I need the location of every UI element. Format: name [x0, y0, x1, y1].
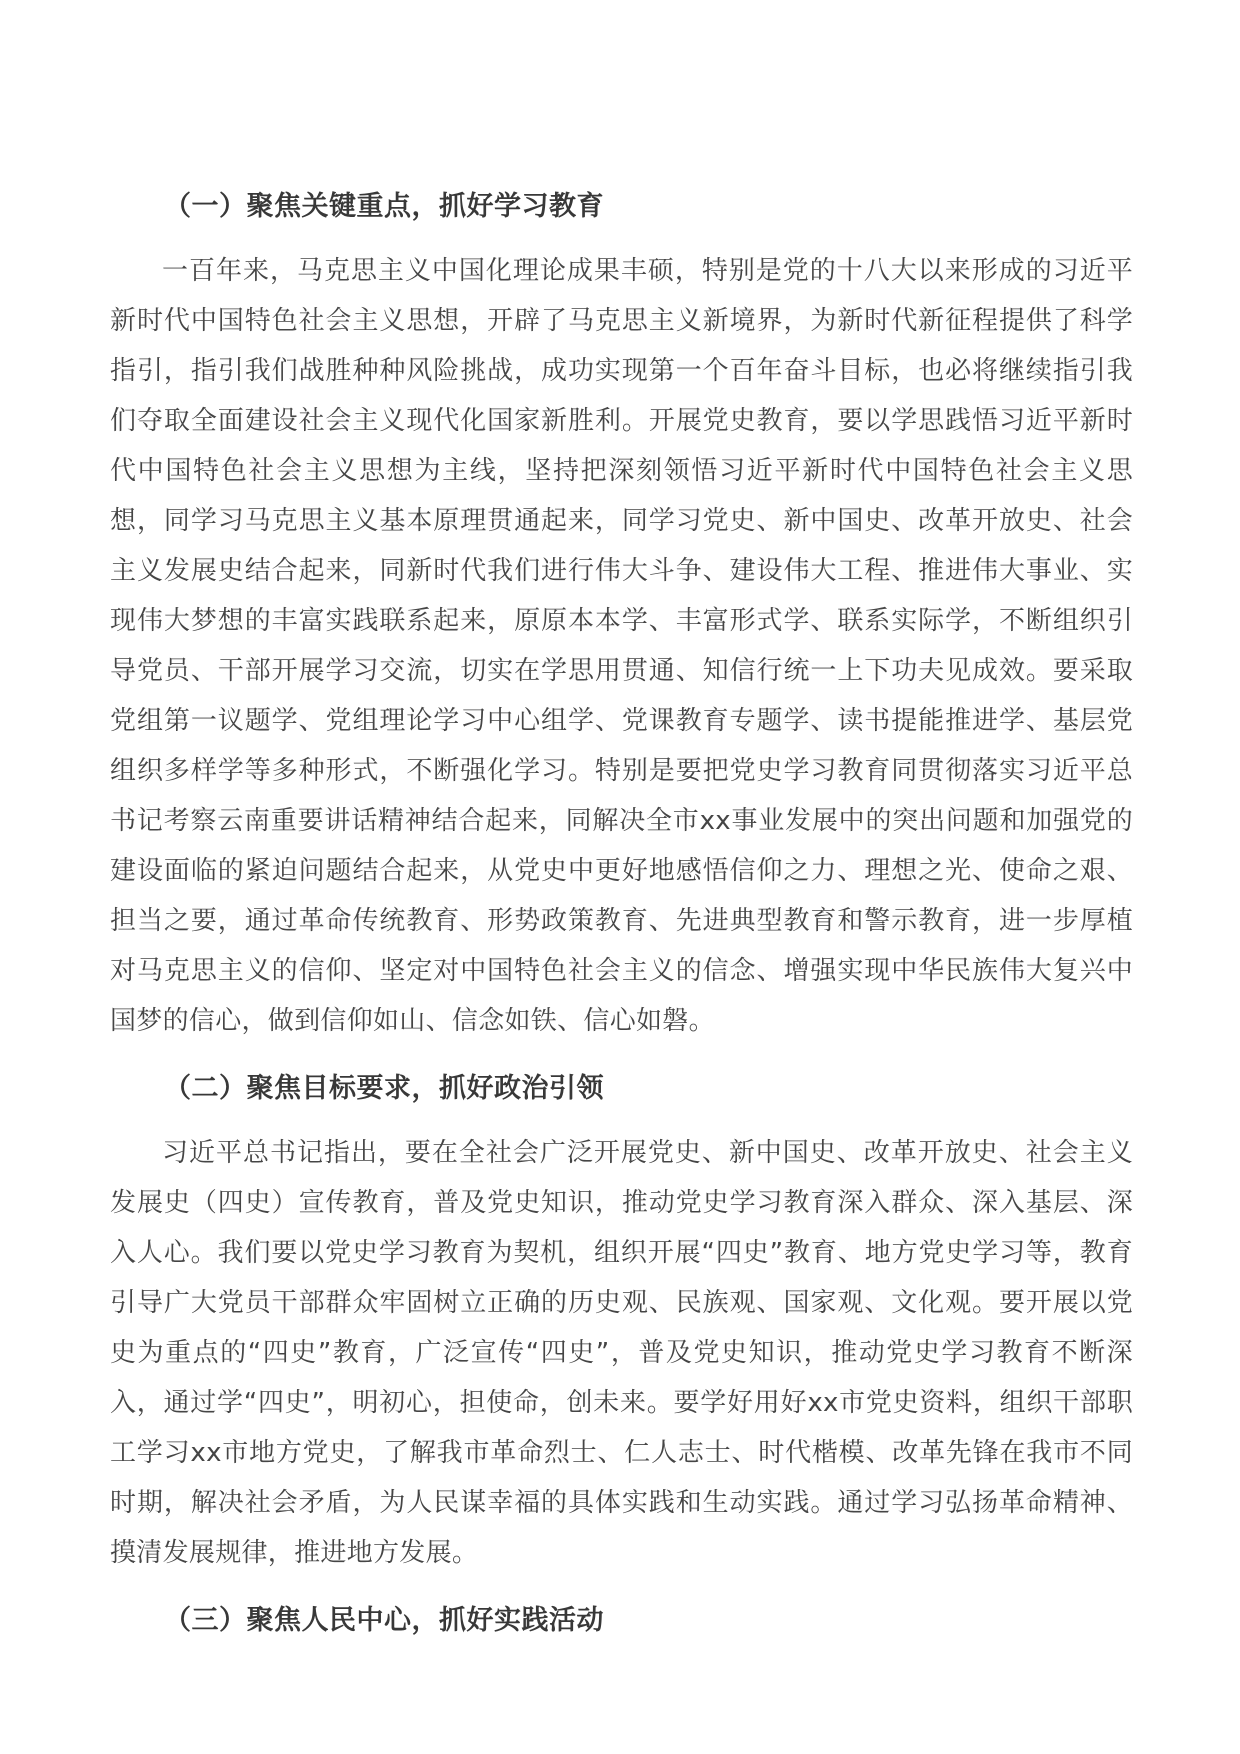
- section-heading-1: （一）聚焦关键重点，抓好学习教育: [110, 182, 1133, 232]
- section-heading-2: （二）聚焦目标要求，抓好政治引领: [110, 1064, 1133, 1114]
- section-1-paragraph: 一百年来，马克思主义中国化理论成果丰硕，特别是党的十八大以来形成的习近平新时代中…: [110, 246, 1133, 1046]
- document-page: （一）聚焦关键重点，抓好学习教育 一百年来，马克思主义中国化理论成果丰硕，特别是…: [0, 0, 1240, 1754]
- section-heading-3: （三）聚焦人民中心，抓好实践活动: [110, 1596, 1133, 1646]
- section-2-paragraph: 习近平总书记指出，要在全社会广泛开展党史、新中国史、改革开放史、社会主义发展史（…: [110, 1128, 1133, 1578]
